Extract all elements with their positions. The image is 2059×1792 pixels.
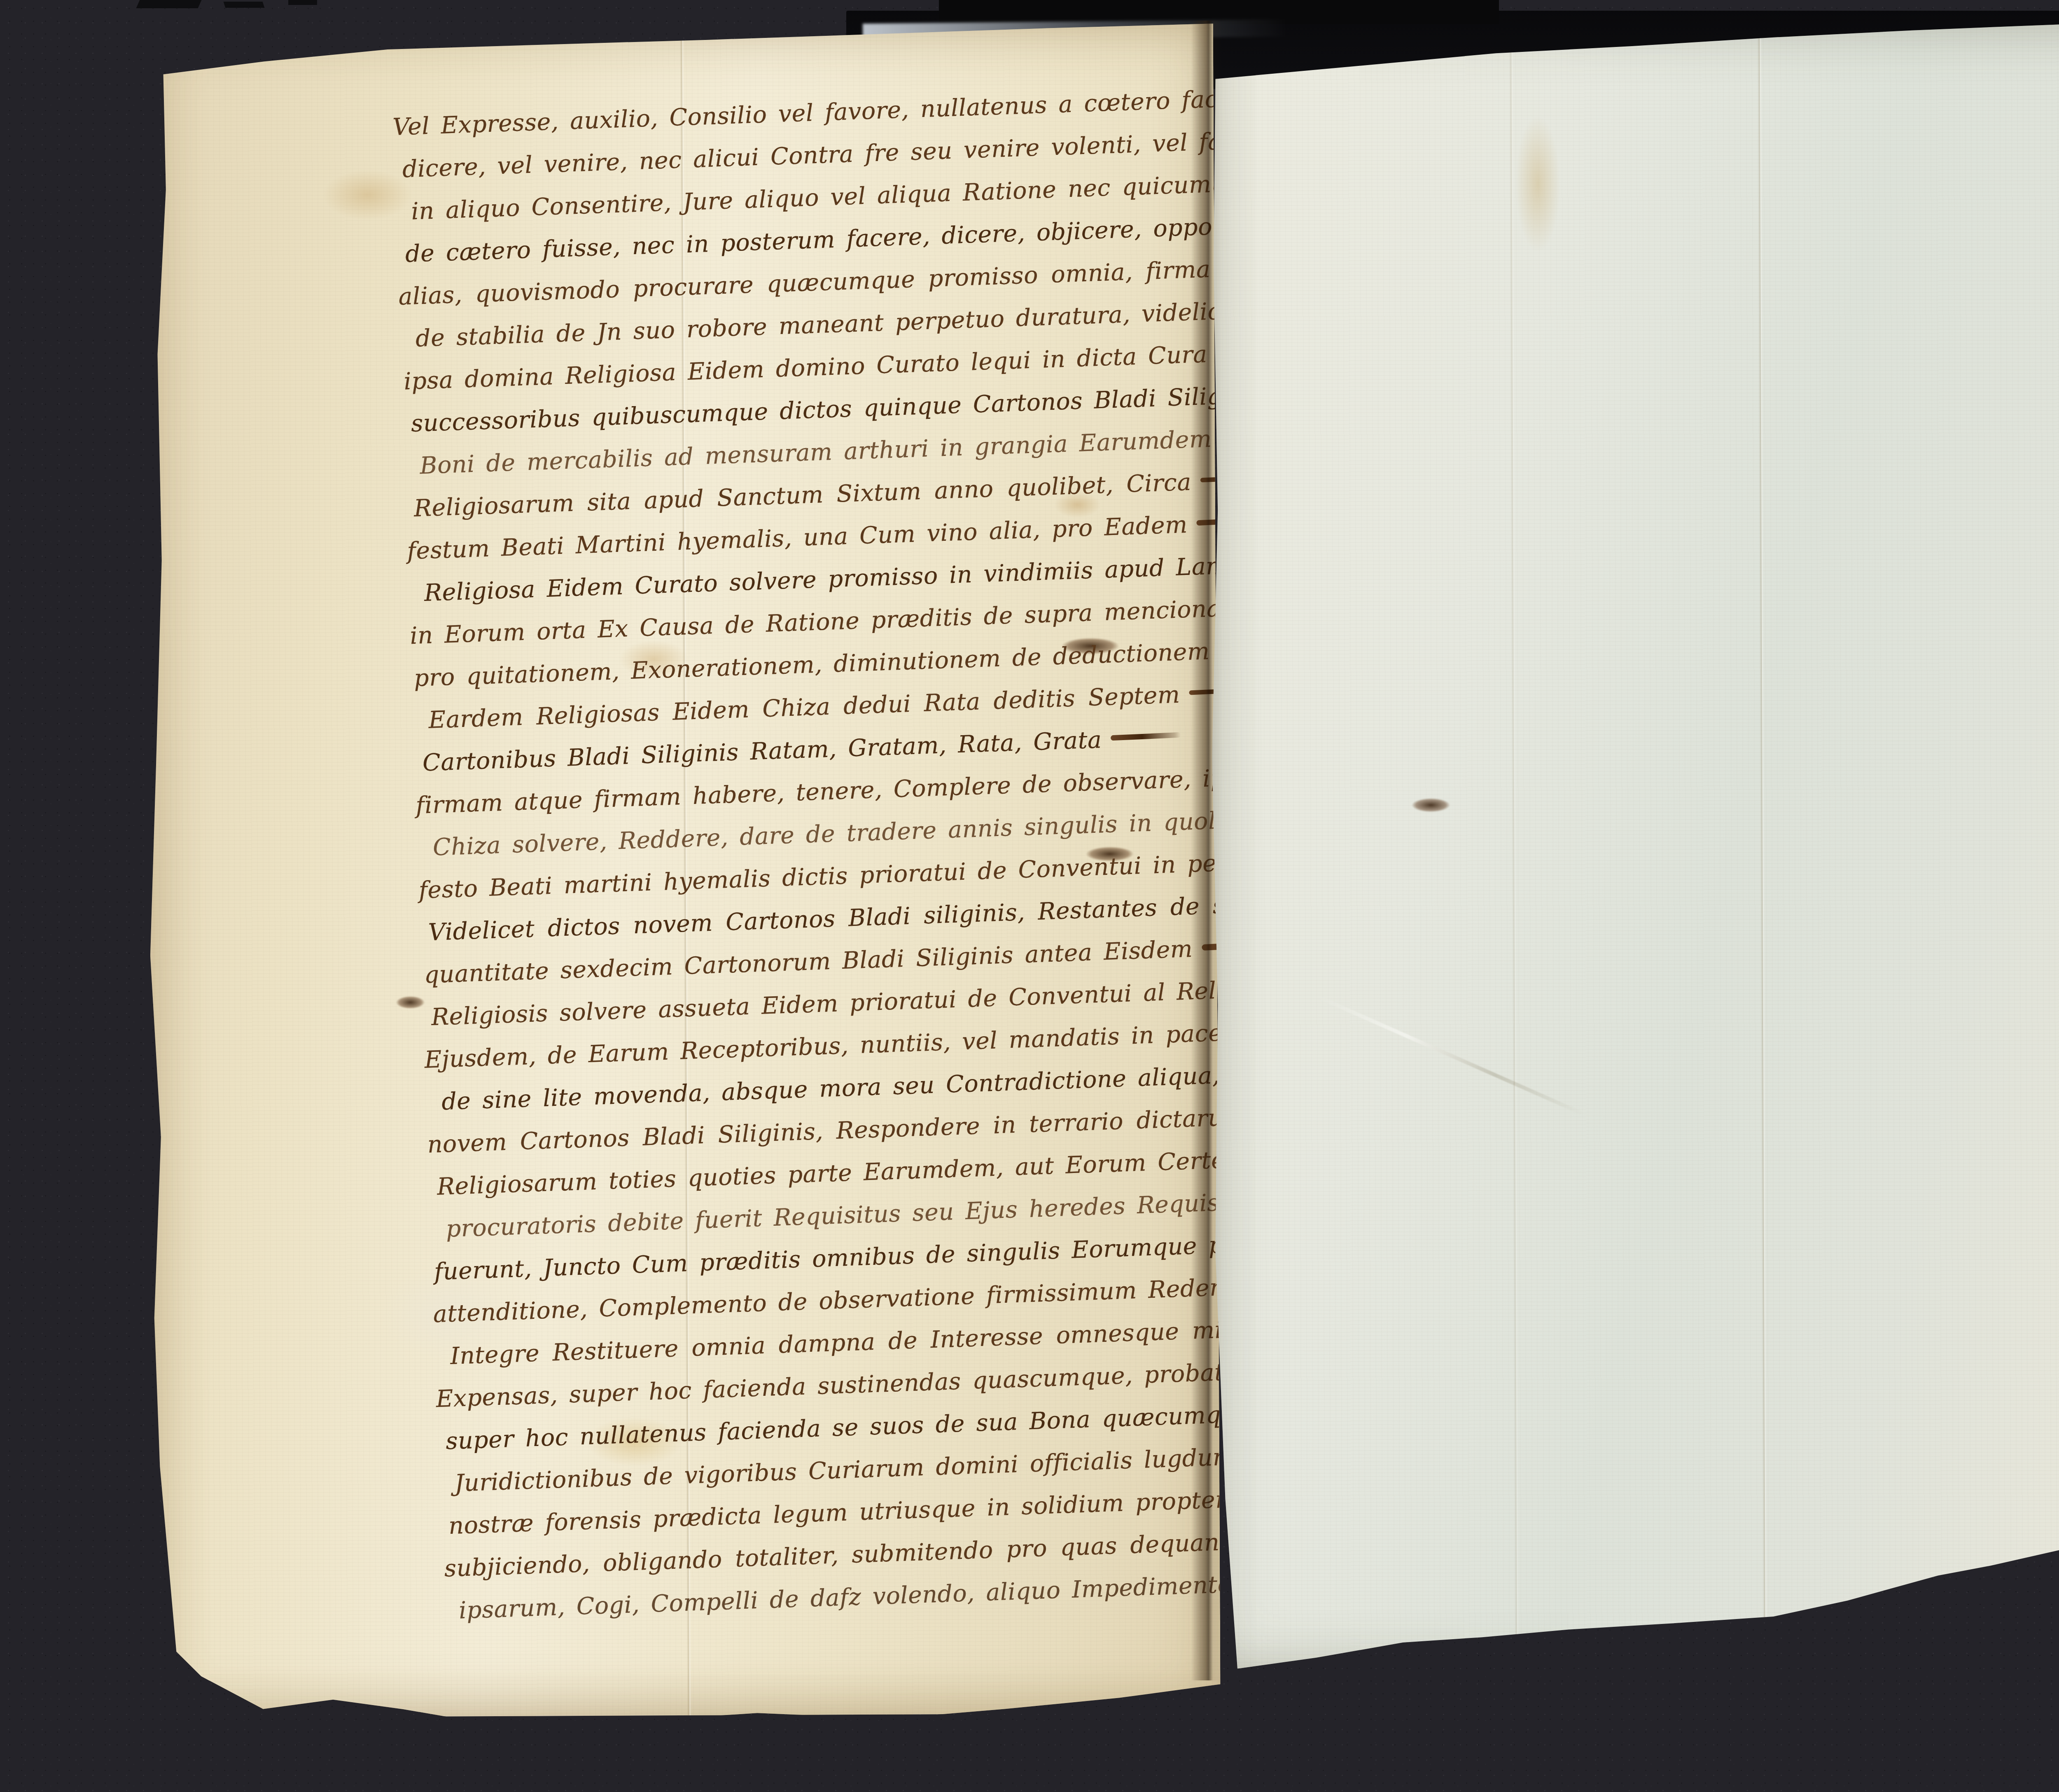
scan-edge-artifact — [288, 0, 317, 5]
paper-stain — [1507, 89, 1569, 279]
scan-edge-artifact — [224, 2, 265, 8]
fold-crease — [1509, 15, 1519, 1679]
fold-crease — [1758, 14, 1767, 1678]
ink-blot — [1406, 796, 1456, 814]
manuscript-scan: Vel Expresse, auxilio, Consilio vel favo… — [0, 0, 2059, 1792]
paper-texture — [1204, 12, 2059, 1680]
diagonal-crease — [1318, 995, 1583, 1115]
manuscript-right-page: facti super hoc non obstante, Itaque Exe… — [1204, 12, 2059, 1680]
scan-edge-artifact — [136, 0, 202, 8]
manuscript-left-page: Vel Expresse, auxilio, Consilio vel favo… — [132, 20, 1221, 1717]
left-page-text: Vel Expresse, auxilio, Consilio vel favo… — [392, 76, 1221, 1633]
